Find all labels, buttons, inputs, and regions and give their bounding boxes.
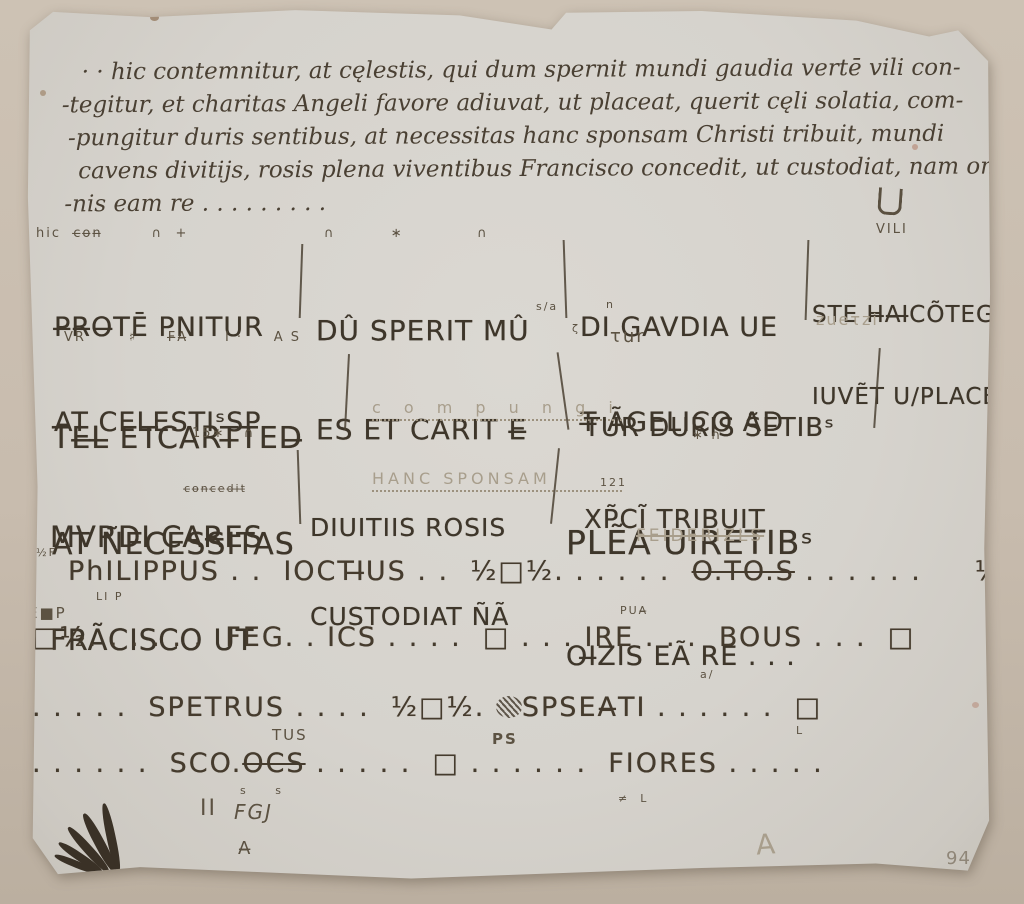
row-text: . . . . . . ½ bbox=[795, 556, 1003, 587]
row-text: . . . . . SPETRUS . . . . ½□½. bbox=[32, 692, 496, 723]
annotation-vr-fa: VR ♯ F̶A̶ I · A S bbox=[64, 330, 301, 345]
annotation-pua: PUA̶ bbox=[620, 604, 648, 617]
annotation-hic-con: hic c̶o̶n̶ ∩ + bbox=[36, 226, 188, 241]
page-number: 94 bbox=[946, 848, 971, 869]
struck-text-otos: O.TO.S bbox=[692, 556, 795, 587]
annotation-neq-l: ≠ L bbox=[618, 792, 648, 805]
manuscript-paper: · · hic contemnitur, at cęlestis, qui du… bbox=[24, 4, 992, 882]
feather-scribble bbox=[84, 788, 164, 876]
annotation-sa: s/a bbox=[536, 300, 558, 313]
annotation-zeta: ζ bbox=[572, 322, 580, 335]
margin-mark-lip: LI P bbox=[96, 590, 124, 603]
ink-speck bbox=[40, 90, 46, 96]
annotation-s-s: s s bbox=[240, 784, 283, 797]
cursive-paragraph: · · hic contemnitur, at cęlestis, qui du… bbox=[60, 52, 971, 222]
cursive-line: -pungitur duris sentibus, at necessitas … bbox=[60, 118, 970, 156]
annotation-concedit: c̶o̶n̶c̶e̶d̶i̶t̶ bbox=[184, 482, 247, 495]
struck-text-ocs: OCS bbox=[242, 748, 305, 779]
mark-ii: II bbox=[200, 796, 217, 821]
margin-mark-ep: E■P bbox=[28, 604, 67, 622]
mark-a-struck: A̶ bbox=[238, 838, 252, 859]
faint-a-sketch: A bbox=[755, 827, 776, 861]
cursive-line: cavens divitijs, rosis plena viventibus … bbox=[60, 151, 970, 189]
row-text: . . . . . . SCO. bbox=[32, 748, 242, 779]
column-divider bbox=[563, 240, 568, 318]
u-sketch-mark bbox=[877, 187, 903, 216]
ink-speck bbox=[972, 702, 979, 708]
annotation-l: L bbox=[796, 724, 804, 737]
cursive-line: -nis eam re . . . . . . . . . bbox=[60, 184, 970, 222]
caps-cell: STE H̶A̶I̶CÕTEGI IUVẼT U∕PLACE bbox=[812, 248, 1003, 465]
caps-line: TE̶L̶ ETCART̶TED̶ bbox=[52, 421, 303, 456]
letter-row-sco-fiores: . . . . . . SCO.OCS . . . . . □ . . . . … bbox=[32, 748, 824, 779]
mark-fgj: FGJ bbox=[234, 800, 273, 824]
annotation-tus: TUS bbox=[272, 726, 308, 744]
photograph-of-manuscript: · · hic contemnitur, at cęlestis, qui du… bbox=[0, 0, 1024, 904]
annotation-federicus: FEIDERIZLS bbox=[636, 526, 764, 546]
letter-row-spetrus: . . . . . SPETRUS . . . . ½□½. SPSEA̶TI … bbox=[32, 692, 822, 723]
column-divider bbox=[805, 240, 810, 320]
caps-line: MVRDI CAR̶ES bbox=[50, 520, 263, 554]
annotation-vili: VILI bbox=[876, 222, 908, 237]
annotation-a-slash: a/ bbox=[700, 668, 714, 681]
annotation-15: 15∗ ∩ bbox=[192, 426, 255, 441]
column-divider bbox=[299, 244, 304, 318]
row-text: PhILIPPUS . . IOCTI̶US . . ½□½. . . . . … bbox=[68, 556, 692, 587]
row-text: . . . . . . □ bbox=[646, 692, 822, 723]
letter-row-philippus: PhILIPPUS . . IOCTI̶US . . ½□½. . . . . … bbox=[68, 556, 1003, 587]
caps-line: DIUITIIS ROSIS bbox=[310, 513, 509, 543]
cursive-line: -tegitur, et charitas Angeli favore adiu… bbox=[60, 85, 970, 123]
annotation-star: ∗ ∩ bbox=[692, 428, 723, 443]
caps-line: DÛ SPERIT MÛ bbox=[316, 314, 530, 347]
row-text: . . . . . □ . . . . . . FIORES . . . . . bbox=[306, 748, 824, 779]
annotation-121: 121 bbox=[600, 476, 627, 489]
row-text-spseati: SPSEA̶TI bbox=[522, 692, 647, 723]
margin-mark-half-f: ½F bbox=[36, 546, 57, 559]
ink-scribble bbox=[496, 696, 522, 718]
annotation-ps: PS bbox=[492, 730, 518, 748]
paper-shadow-wrap: · · hic contemnitur, at cęlestis, qui du… bbox=[0, 0, 1024, 904]
caps-line: IUVẼT U∕PLACE bbox=[812, 384, 1003, 411]
annotation-tur: τur bbox=[610, 326, 646, 347]
cursive-line: · · hic contemnitur, at cęlestis, qui du… bbox=[60, 52, 970, 90]
annotation-marks: ∩ ∗ ∩ bbox=[324, 226, 489, 241]
ink-speck bbox=[150, 14, 159, 21]
letter-row-feg-ics: □½. . . . . . FEG. . ICS . . . . □ . . .… bbox=[32, 622, 915, 653]
annotation-zuetzi: zueτzi bbox=[816, 310, 879, 329]
